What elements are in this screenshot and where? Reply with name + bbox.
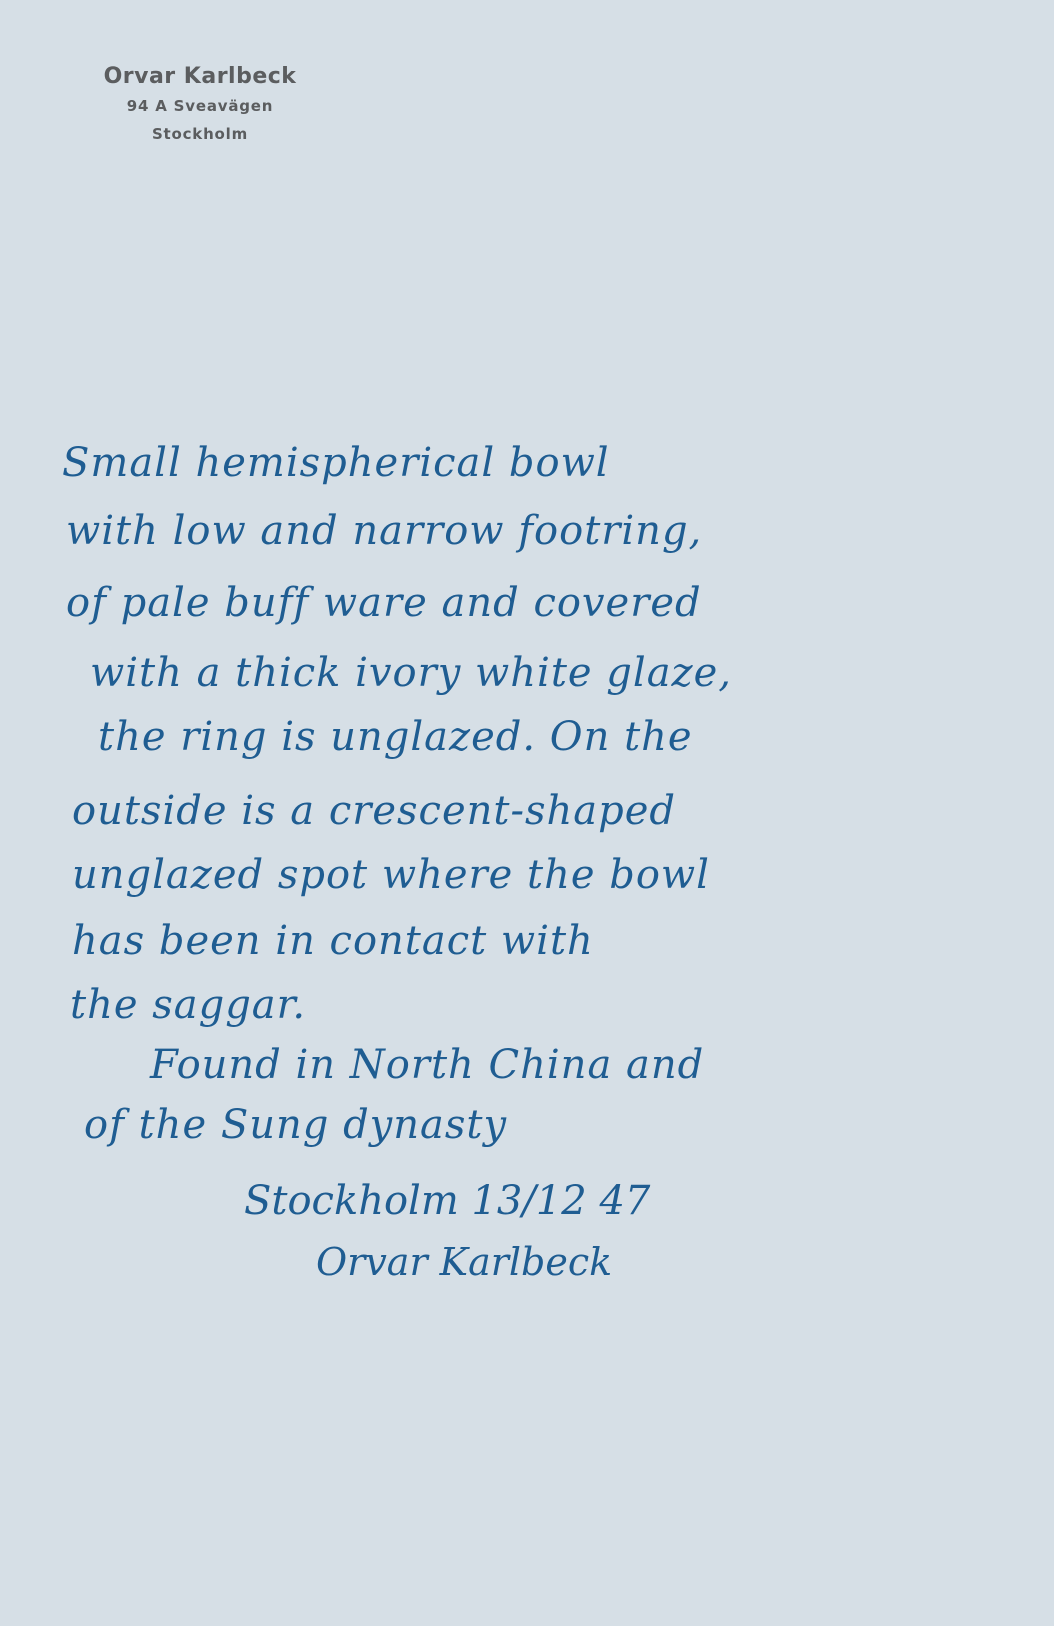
handwritten-line: of pale buff ware and covered [66,580,702,626]
handwritten-line: with a thick ivory white glaze, [90,650,732,696]
handwritten-line: unglazed spot where the bowl [72,852,710,898]
letter-page: Orvar Karlbeck 94 A Sveavägen Stockholm … [0,0,1054,1626]
handwritten-line: Found in North China and [150,1042,704,1088]
letterhead-name: Orvar Karlbeck [60,62,340,92]
handwritten-line: the ring is unglazed. On the [98,714,693,760]
place-date: Stockholm 13/12 47 [244,1178,650,1224]
handwritten-line: has been in contact with [72,918,594,964]
signature: Orvar Karlbeck [316,1240,612,1284]
letterhead: Orvar Karlbeck 94 A Sveavägen Stockholm [60,62,340,148]
handwritten-line: the saggar. [70,982,306,1028]
letterhead-address: 94 A Sveavägen [60,92,340,120]
handwritten-line: with low and narrow footring, [66,508,702,554]
handwritten-line: of the Sung dynasty [84,1102,507,1148]
letterhead-city: Stockholm [60,120,340,148]
handwritten-line: outside is a crescent-shaped [72,788,676,834]
handwritten-line: Small hemispherical bowl [62,440,610,486]
